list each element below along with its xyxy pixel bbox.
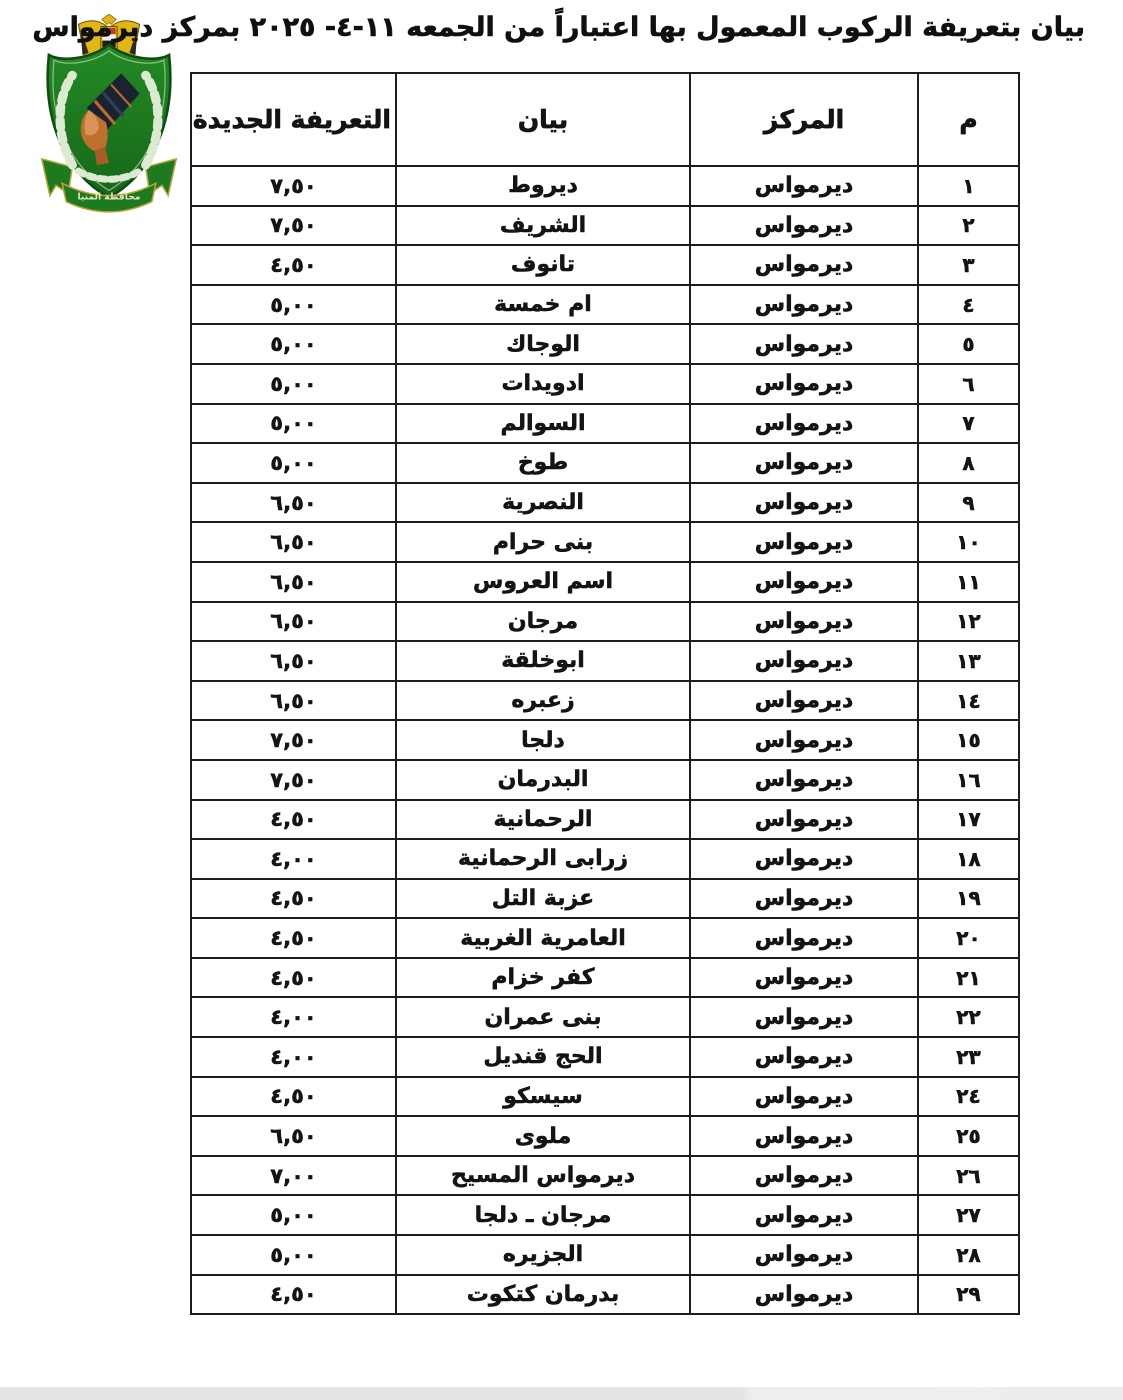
row-new-tariff: ٥,٠٠ (191, 404, 396, 444)
row-center: ديرمواس (690, 1235, 918, 1275)
row-center: ديرمواس (690, 839, 918, 879)
row-statement: ادويدات (396, 364, 690, 404)
row-index: ٢١ (918, 958, 1019, 998)
row-new-tariff: ٤,٥٠ (191, 1275, 396, 1315)
table-row: ٩ديرمواسالنصرية٦,٥٠ (191, 483, 1019, 523)
row-center: ديرمواس (690, 641, 918, 681)
row-index: ١٠ (918, 522, 1019, 562)
row-index: ٢٣ (918, 1037, 1019, 1077)
row-center: ديرمواس (690, 602, 918, 642)
row-center: ديرمواس (690, 1116, 918, 1156)
row-index: ١١ (918, 562, 1019, 602)
table-row: ١ديرمواسديروط٧,٥٠ (191, 166, 1019, 206)
horizontal-scrollbar-track[interactable] (0, 1387, 1123, 1400)
table-row: ٢١ديرمواسكفر خزام٤,٥٠ (191, 958, 1019, 998)
row-index: ٢ (918, 206, 1019, 246)
row-index: ٢٥ (918, 1116, 1019, 1156)
row-new-tariff: ٥,٠٠ (191, 1235, 396, 1275)
table-row: ٢٤ديرمواسسيسكو٤,٥٠ (191, 1077, 1019, 1117)
row-statement: ام خمسة (396, 285, 690, 325)
table-row: ١٢ديرمواسمرجان٦,٥٠ (191, 602, 1019, 642)
row-statement: ديروط (396, 166, 690, 206)
row-center: ديرمواس (690, 1275, 918, 1315)
row-new-tariff: ٦,٥٠ (191, 641, 396, 681)
row-new-tariff: ٤,٥٠ (191, 245, 396, 285)
row-statement: كفر خزام (396, 958, 690, 998)
row-new-tariff: ٦,٥٠ (191, 522, 396, 562)
table-row: ٢٨ديرمواسالجزيره٥,٠٠ (191, 1235, 1019, 1275)
row-center: ديرمواس (690, 997, 918, 1037)
row-index: ١٥ (918, 720, 1019, 760)
row-new-tariff: ٤,٥٠ (191, 918, 396, 958)
row-index: ٢٧ (918, 1195, 1019, 1235)
row-center: ديرمواس (690, 958, 918, 998)
row-new-tariff: ٧,٥٠ (191, 760, 396, 800)
table-row: ٢٣ديرمواسالحج قنديل٤,٠٠ (191, 1037, 1019, 1077)
row-statement: بنى حرام (396, 522, 690, 562)
row-new-tariff: ٦,٥٠ (191, 562, 396, 602)
row-statement: مرجان ـ دلجا (396, 1195, 690, 1235)
row-index: ٨ (918, 443, 1019, 483)
row-statement: زرابى الرحمانية (396, 839, 690, 879)
table-row: ٢٢ديرمواسبنى عمران٤,٠٠ (191, 997, 1019, 1037)
row-new-tariff: ٦,٥٠ (191, 681, 396, 721)
row-statement: دلجا (396, 720, 690, 760)
row-center: ديرمواس (690, 681, 918, 721)
document-title: بيان بتعريفة الركوب المعمول بها اعتباراً… (195, 12, 1085, 43)
row-new-tariff: ٥,٠٠ (191, 285, 396, 325)
row-statement: البدرمان (396, 760, 690, 800)
row-index: ٢٩ (918, 1275, 1019, 1315)
row-new-tariff: ٥,٠٠ (191, 443, 396, 483)
table-row: ٨ديرمواسطوخ٥,٠٠ (191, 443, 1019, 483)
row-center: ديرمواس (690, 562, 918, 602)
row-center: ديرمواس (690, 522, 918, 562)
table-row: ٢٧ديرمواسمرجان ـ دلجا٥,٠٠ (191, 1195, 1019, 1235)
row-statement: الرحمانية (396, 800, 690, 840)
row-statement: السوالم (396, 404, 690, 444)
row-center: ديرمواس (690, 206, 918, 246)
row-center: ديرمواس (690, 1037, 918, 1077)
fare-table-body: ١ديرمواسديروط٧,٥٠٢ديرمواسالشريف٧,٥٠٣ديرم… (191, 166, 1019, 1314)
row-index: ١٦ (918, 760, 1019, 800)
row-new-tariff: ٤,٠٠ (191, 839, 396, 879)
row-center: ديرمواس (690, 720, 918, 760)
row-center: ديرمواس (690, 166, 918, 206)
row-center: ديرمواس (690, 800, 918, 840)
row-statement: بنى عمران (396, 997, 690, 1037)
table-row: ٢٥ديرمواسملوى٦,٥٠ (191, 1116, 1019, 1156)
table-row: ٢٠ديرمواسالعامرية الغربية٤,٥٠ (191, 918, 1019, 958)
row-index: ١٨ (918, 839, 1019, 879)
row-index: ١٢ (918, 602, 1019, 642)
row-new-tariff: ٤,٥٠ (191, 800, 396, 840)
row-statement: الجزيره (396, 1235, 690, 1275)
row-statement: زعبره (396, 681, 690, 721)
table-row: ١٤ديرمواسزعبره٦,٥٠ (191, 681, 1019, 721)
row-statement: النصرية (396, 483, 690, 523)
row-new-tariff: ٦,٥٠ (191, 1116, 396, 1156)
row-new-tariff: ٤,٥٠ (191, 958, 396, 998)
table-row: ٣ديرمواستانوف٤,٥٠ (191, 245, 1019, 285)
table-row: ١٠ديرمواسبنى حرام٦,٥٠ (191, 522, 1019, 562)
table-row: ٢٦ديرمواسديرمواس المسيح٧,٠٠ (191, 1156, 1019, 1196)
row-statement: الشريف (396, 206, 690, 246)
row-new-tariff: ٤,٠٠ (191, 997, 396, 1037)
row-index: ١٣ (918, 641, 1019, 681)
table-row: ٦ديرمواسادويدات٥,٠٠ (191, 364, 1019, 404)
header-index: م (918, 73, 1019, 166)
row-new-tariff: ٤,٥٠ (191, 1077, 396, 1117)
row-new-tariff: ٥,٠٠ (191, 324, 396, 364)
fare-table: م المركز بيان التعريفة الجديدة ١ديرمواسد… (190, 72, 1020, 1315)
table-row: ١١ديرمواساسم العروس٦,٥٠ (191, 562, 1019, 602)
table-row: ١٦ديرمواسالبدرمان٧,٥٠ (191, 760, 1019, 800)
row-index: ١٤ (918, 681, 1019, 721)
row-new-tariff: ٦,٥٠ (191, 602, 396, 642)
row-new-tariff: ٦,٥٠ (191, 483, 396, 523)
row-index: ٥ (918, 324, 1019, 364)
table-row: ١٥ديرمواسدلجا٧,٥٠ (191, 720, 1019, 760)
table-row: ١٩ديرمواسعزبة التل٤,٥٠ (191, 879, 1019, 919)
table-row: ٧ديرمواسالسوالم٥,٠٠ (191, 404, 1019, 444)
row-center: ديرمواس (690, 324, 918, 364)
row-new-tariff: ٧,٥٠ (191, 720, 396, 760)
row-statement: طوخ (396, 443, 690, 483)
row-new-tariff: ٥,٠٠ (191, 364, 396, 404)
table-row: ٤ديرمواسام خمسة٥,٠٠ (191, 285, 1019, 325)
row-index: ١٧ (918, 800, 1019, 840)
row-center: ديرمواس (690, 285, 918, 325)
row-center: ديرمواس (690, 364, 918, 404)
row-index: ٩ (918, 483, 1019, 523)
table-row: ٥ديرمواسالوجاك٥,٠٠ (191, 324, 1019, 364)
row-new-tariff: ٧,٥٠ (191, 206, 396, 246)
row-center: ديرمواس (690, 879, 918, 919)
row-index: ٣ (918, 245, 1019, 285)
row-new-tariff: ٤,٠٠ (191, 1037, 396, 1077)
table-row: ٢ديرمواسالشريف٧,٥٠ (191, 206, 1019, 246)
row-center: ديرمواس (690, 1077, 918, 1117)
row-new-tariff: ٧,٠٠ (191, 1156, 396, 1196)
logo-ribbon-text: محافظة المنيا (78, 192, 141, 203)
row-statement: الحج قنديل (396, 1037, 690, 1077)
row-statement: ابوخلقة (396, 641, 690, 681)
row-index: ٢٦ (918, 1156, 1019, 1196)
row-center: ديرمواس (690, 760, 918, 800)
scanned-document-page: محافظة المنيا بيان بتعريفة الركوب المعمو… (0, 0, 1123, 1400)
row-statement: العامرية الغربية (396, 918, 690, 958)
row-center: ديرمواس (690, 443, 918, 483)
table-row: ١٧ديرمواسالرحمانية٤,٥٠ (191, 800, 1019, 840)
row-index: ١٩ (918, 879, 1019, 919)
row-new-tariff: ٥,٠٠ (191, 1195, 396, 1235)
table-row: ١٣ديرمواسابوخلقة٦,٥٠ (191, 641, 1019, 681)
row-index: ٢٨ (918, 1235, 1019, 1275)
header-row: م المركز بيان التعريفة الجديدة (191, 73, 1019, 166)
row-statement: سيسكو (396, 1077, 690, 1117)
row-new-tariff: ٧,٥٠ (191, 166, 396, 206)
row-index: ٢٤ (918, 1077, 1019, 1117)
row-index: ٤ (918, 285, 1019, 325)
row-index: ٢٢ (918, 997, 1019, 1037)
row-index: ٢٠ (918, 918, 1019, 958)
row-statement: اسم العروس (396, 562, 690, 602)
row-statement: الوجاك (396, 324, 690, 364)
row-center: ديرمواس (690, 245, 918, 285)
table-row: ٢٩ديرمواسبدرمان كتكوت٤,٥٠ (191, 1275, 1019, 1315)
row-statement: ملوى (396, 1116, 690, 1156)
row-statement: ديرمواس المسيح (396, 1156, 690, 1196)
header-new-tariff: التعريفة الجديدة (191, 73, 396, 166)
row-statement: بدرمان كتكوت (396, 1275, 690, 1315)
row-center: ديرمواس (690, 483, 918, 523)
row-new-tariff: ٤,٥٠ (191, 879, 396, 919)
row-center: ديرمواس (690, 918, 918, 958)
row-center: ديرمواس (690, 1195, 918, 1235)
row-index: ١ (918, 166, 1019, 206)
header-statement: بيان (396, 73, 690, 166)
row-statement: عزبة التل (396, 879, 690, 919)
row-index: ٦ (918, 364, 1019, 404)
row-center: ديرمواس (690, 404, 918, 444)
row-statement: مرجان (396, 602, 690, 642)
table-row: ١٨ديرمواسزرابى الرحمانية٤,٠٠ (191, 839, 1019, 879)
row-statement: تانوف (396, 245, 690, 285)
header-center: المركز (690, 73, 918, 166)
row-center: ديرمواس (690, 1156, 918, 1196)
row-index: ٧ (918, 404, 1019, 444)
